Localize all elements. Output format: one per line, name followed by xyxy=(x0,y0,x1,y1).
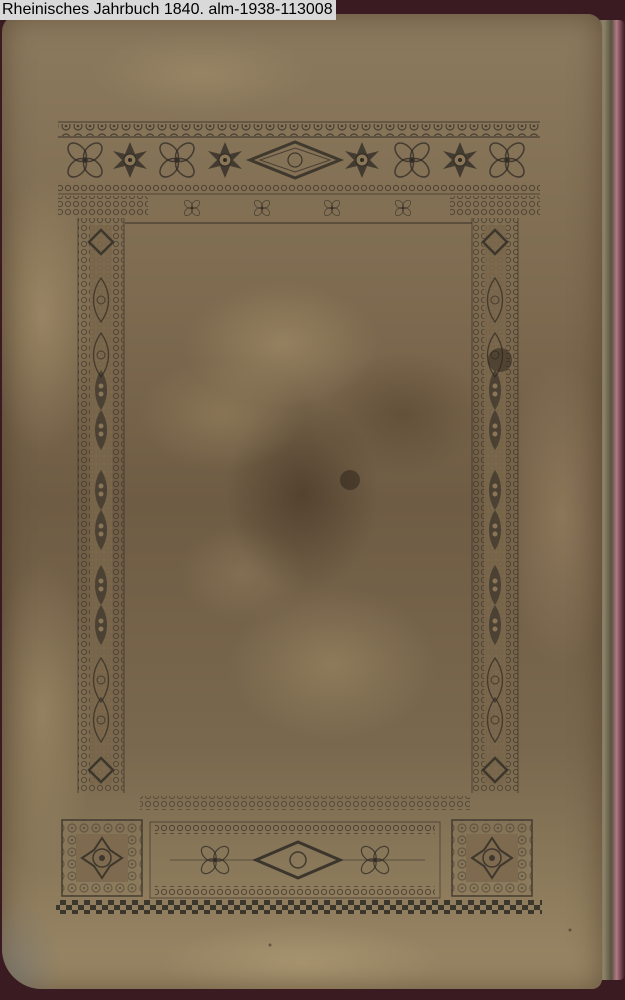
top-border-band xyxy=(58,122,540,223)
checkered-strip xyxy=(56,900,542,914)
image-caption: Rheinisches Jahrbuch 1840. alm-1938-1130… xyxy=(0,0,336,20)
bottom-border-panel xyxy=(56,796,542,914)
left-border-column xyxy=(78,218,124,793)
ornamental-frame xyxy=(0,0,625,1000)
right-border-column xyxy=(472,218,518,793)
